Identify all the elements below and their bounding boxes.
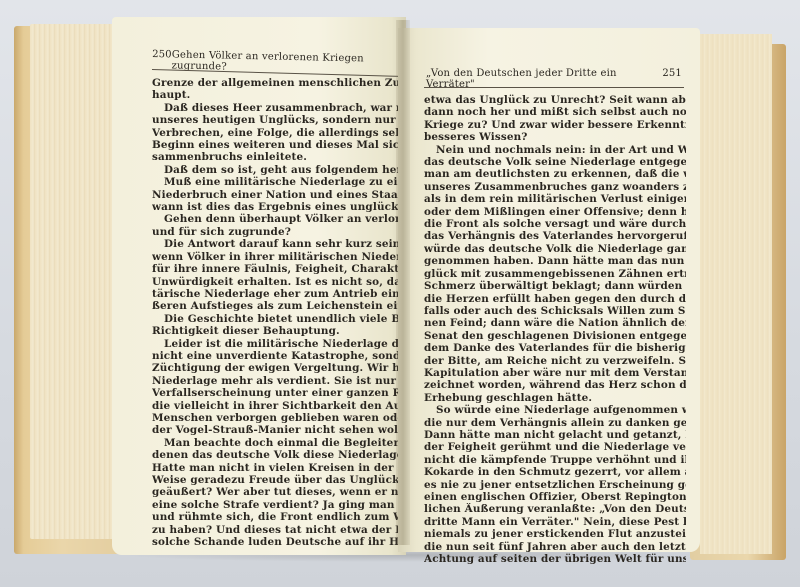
- text-line: Leider ist die militärische Niederlage d…: [152, 338, 406, 350]
- text-line: eine solche Strafe verdient? Ja ging man…: [152, 499, 406, 511]
- text-line: die nur dem Verhängnis allein zu danken …: [424, 417, 686, 429]
- text-line: Schmerz überwältigt beklagt; dann würden…: [424, 280, 686, 292]
- right-page: „Von den Deutschen jeder Dritte ein Verr…: [398, 28, 700, 552]
- text-line: die Herzen erfüllt haben gegen den durch…: [424, 293, 686, 305]
- text-line: und für sich zugrunde?: [152, 226, 406, 238]
- text-line: Senat den geschlagenen Divisionen entgeg…: [424, 330, 686, 342]
- text-line: niemals zu jener erstickenden Flut anzus…: [424, 528, 686, 540]
- text-line: es nie zu jener entsetzlichen Erscheinun…: [424, 479, 686, 491]
- text-line: Menschen verborgen geblieben waren oder …: [152, 412, 406, 424]
- text-line: falls oder auch des Schicksals Willen zu…: [424, 305, 686, 317]
- text-line: unseres Zusammenbruches ganz woanders zu…: [424, 181, 686, 193]
- text-line: oder dem Mißlingen einer Offensive; denn…: [424, 206, 686, 218]
- text-line: Gehen denn überhaupt Völker an verlorene…: [152, 213, 406, 225]
- text-line: zu haben? Und dieses tat nicht etwa der …: [152, 524, 406, 536]
- text-line: So würde eine Niederlage aufgenommen wor…: [424, 404, 686, 416]
- text-line: Daß dieses Heer zusammenbrach, war nicht…: [152, 102, 406, 114]
- text-line: Man beachte doch einmal die Begleitersch…: [152, 437, 406, 449]
- text-line: genommen haben. Dann hätte man das nun f…: [424, 255, 686, 267]
- text-line: Kokarde in den Schmutz gezerrt, vor alle…: [424, 466, 686, 478]
- text-line: glück mit zusammengebissenen Zähnen ertr…: [424, 268, 686, 280]
- text-line: der Feigheit gerühmt und die Niederlage …: [424, 441, 686, 453]
- text-line: lichen Äußerung veranlaßte: „Von den Deu…: [424, 503, 686, 515]
- text-line: haupt.: [152, 89, 406, 101]
- page-block-edge-right: [700, 34, 772, 554]
- text-line: Hatte man nicht in vielen Kreisen in der…: [152, 462, 406, 474]
- text-line: dritte Mann ein Verräter." Nein, diese P…: [424, 516, 686, 528]
- text-line: als in dem rein militärischen Verlust ei…: [424, 193, 686, 205]
- right-body-text: etwa das Unglück zu Unrecht? Seit wann a…: [424, 94, 686, 565]
- left-page-number: 250: [152, 49, 172, 60]
- text-line: Grenze der allgemeinen menschlichen Zulä…: [152, 77, 406, 89]
- text-line: dann noch her und mißt sich selbst auch …: [424, 106, 686, 118]
- text-line: solche Schande luden Deutsche auf ihr Ha…: [152, 536, 406, 548]
- right-page-number: 251: [662, 68, 682, 79]
- text-line: und rühmte sich, die Front endlich zum W…: [152, 511, 406, 523]
- text-line: würde das deutsche Volk die Niederlage g…: [424, 243, 686, 255]
- text-line: sammenbruchs einleitete.: [152, 151, 406, 163]
- left-body-text: Grenze der allgemeinen menschlichen Zulä…: [152, 77, 406, 548]
- text-line: der Vogel-Strauß-Manier nicht sehen woll…: [152, 424, 406, 436]
- left-page: 250 Gehen Völker an verlorenen Kriegen z…: [112, 17, 406, 555]
- text-line: denen das deutsche Volk diese Niederlage…: [152, 449, 406, 461]
- text-line: nicht die kämpfende Truppe verhöhnt und …: [424, 454, 686, 466]
- text-line: Daß dem so ist, geht aus folgendem hervo…: [152, 164, 406, 176]
- text-line: dem Danke des Vaterlandes für die bisher…: [424, 342, 686, 354]
- text-line: Verbrechen, eine Folge, die allerdings s…: [152, 127, 406, 139]
- text-line: unseres heutigen Unglücks, sondern nur d…: [152, 114, 406, 126]
- text-line: man am deutlichsten zu erkennen, daß die…: [424, 168, 686, 180]
- text-line: Achtung auf seiten der übrigen Welt für …: [424, 553, 686, 565]
- text-line: das deutsche Volk seine Niederlage entge…: [424, 156, 686, 168]
- book-gutter: [396, 20, 410, 545]
- text-line: Züchtigung der ewigen Vergeltung. Wir ha…: [152, 362, 406, 374]
- text-line: Unwürdigkeit erhalten. Ist es nicht so, …: [152, 276, 406, 288]
- text-line: Richtigkeit dieser Behauptung.: [152, 325, 406, 337]
- text-line: Die Geschichte bietet unendlich viele Be…: [152, 313, 406, 325]
- text-line: die nun seit fünf Jahren aber auch den l…: [424, 541, 686, 553]
- text-line: die Front als solche versagt und wäre du…: [424, 218, 686, 230]
- text-line: Kriege zu? Und zwar wider bessere Erkenn…: [424, 119, 686, 131]
- text-line: wenn Völker in ihrer militärischen Niede…: [152, 251, 406, 263]
- text-line: Erhebung geschlagen hätte.: [424, 392, 686, 404]
- text-line: Verfallserscheinung unter einer ganzen R…: [152, 387, 406, 399]
- text-line: etwa das Unglück zu Unrecht? Seit wann a…: [424, 94, 686, 106]
- text-line: Die Antwort darauf kann sehr kurz sein: …: [152, 238, 406, 250]
- text-line: zeichnet worden, während das Herz schon …: [424, 379, 686, 391]
- text-line: Dann hätte man nicht gelacht und getanzt…: [424, 429, 686, 441]
- text-line: einen englischen Offizier, Oberst Reping…: [424, 491, 686, 503]
- text-line: Niederlage mehr als verdient. Sie ist nu…: [152, 375, 406, 387]
- text-line: Weise geradezu Freude über das Unglück d…: [152, 474, 406, 486]
- text-line: für ihre innere Fäulnis, Feigheit, Chara…: [152, 263, 406, 275]
- text-line: Niederbruch einer Nation und eines Staat…: [152, 189, 406, 201]
- text-line: Kapitulation aber wäre nur mit dem Verst…: [424, 367, 686, 379]
- text-line: Nein und nochmals nein: in der Art und W…: [424, 144, 686, 156]
- text-line: der Bitte, am Reiche nicht zu verzweifel…: [424, 355, 686, 367]
- text-line: die vielleicht in ihrer Sichtbarkeit den…: [152, 400, 406, 412]
- text-line: Muß eine militärische Niederlage zu eine…: [152, 176, 406, 188]
- text-line: tärische Niederlage eher zum Antrieb ein…: [152, 288, 406, 300]
- right-header-rule: [424, 87, 684, 88]
- text-line: besseres Wissen?: [424, 131, 686, 143]
- text-line: nicht eine unverdiente Katastrophe, sond…: [152, 350, 406, 362]
- text-line: geäußert? Wer aber tut dieses, wenn er n…: [152, 486, 406, 498]
- text-line: Beginn eines weiteren und dieses Mal sic…: [152, 139, 406, 151]
- text-line: das Verhängnis des Vaterlandes hervorger…: [424, 230, 686, 242]
- text-line: wann ist dies das Ergebnis eines unglück…: [152, 201, 406, 213]
- text-line: ßeren Aufstieges als zum Leichenstein ei…: [152, 300, 406, 312]
- text-line: nen Feind; dann wäre die Nation ähnlich …: [424, 317, 686, 329]
